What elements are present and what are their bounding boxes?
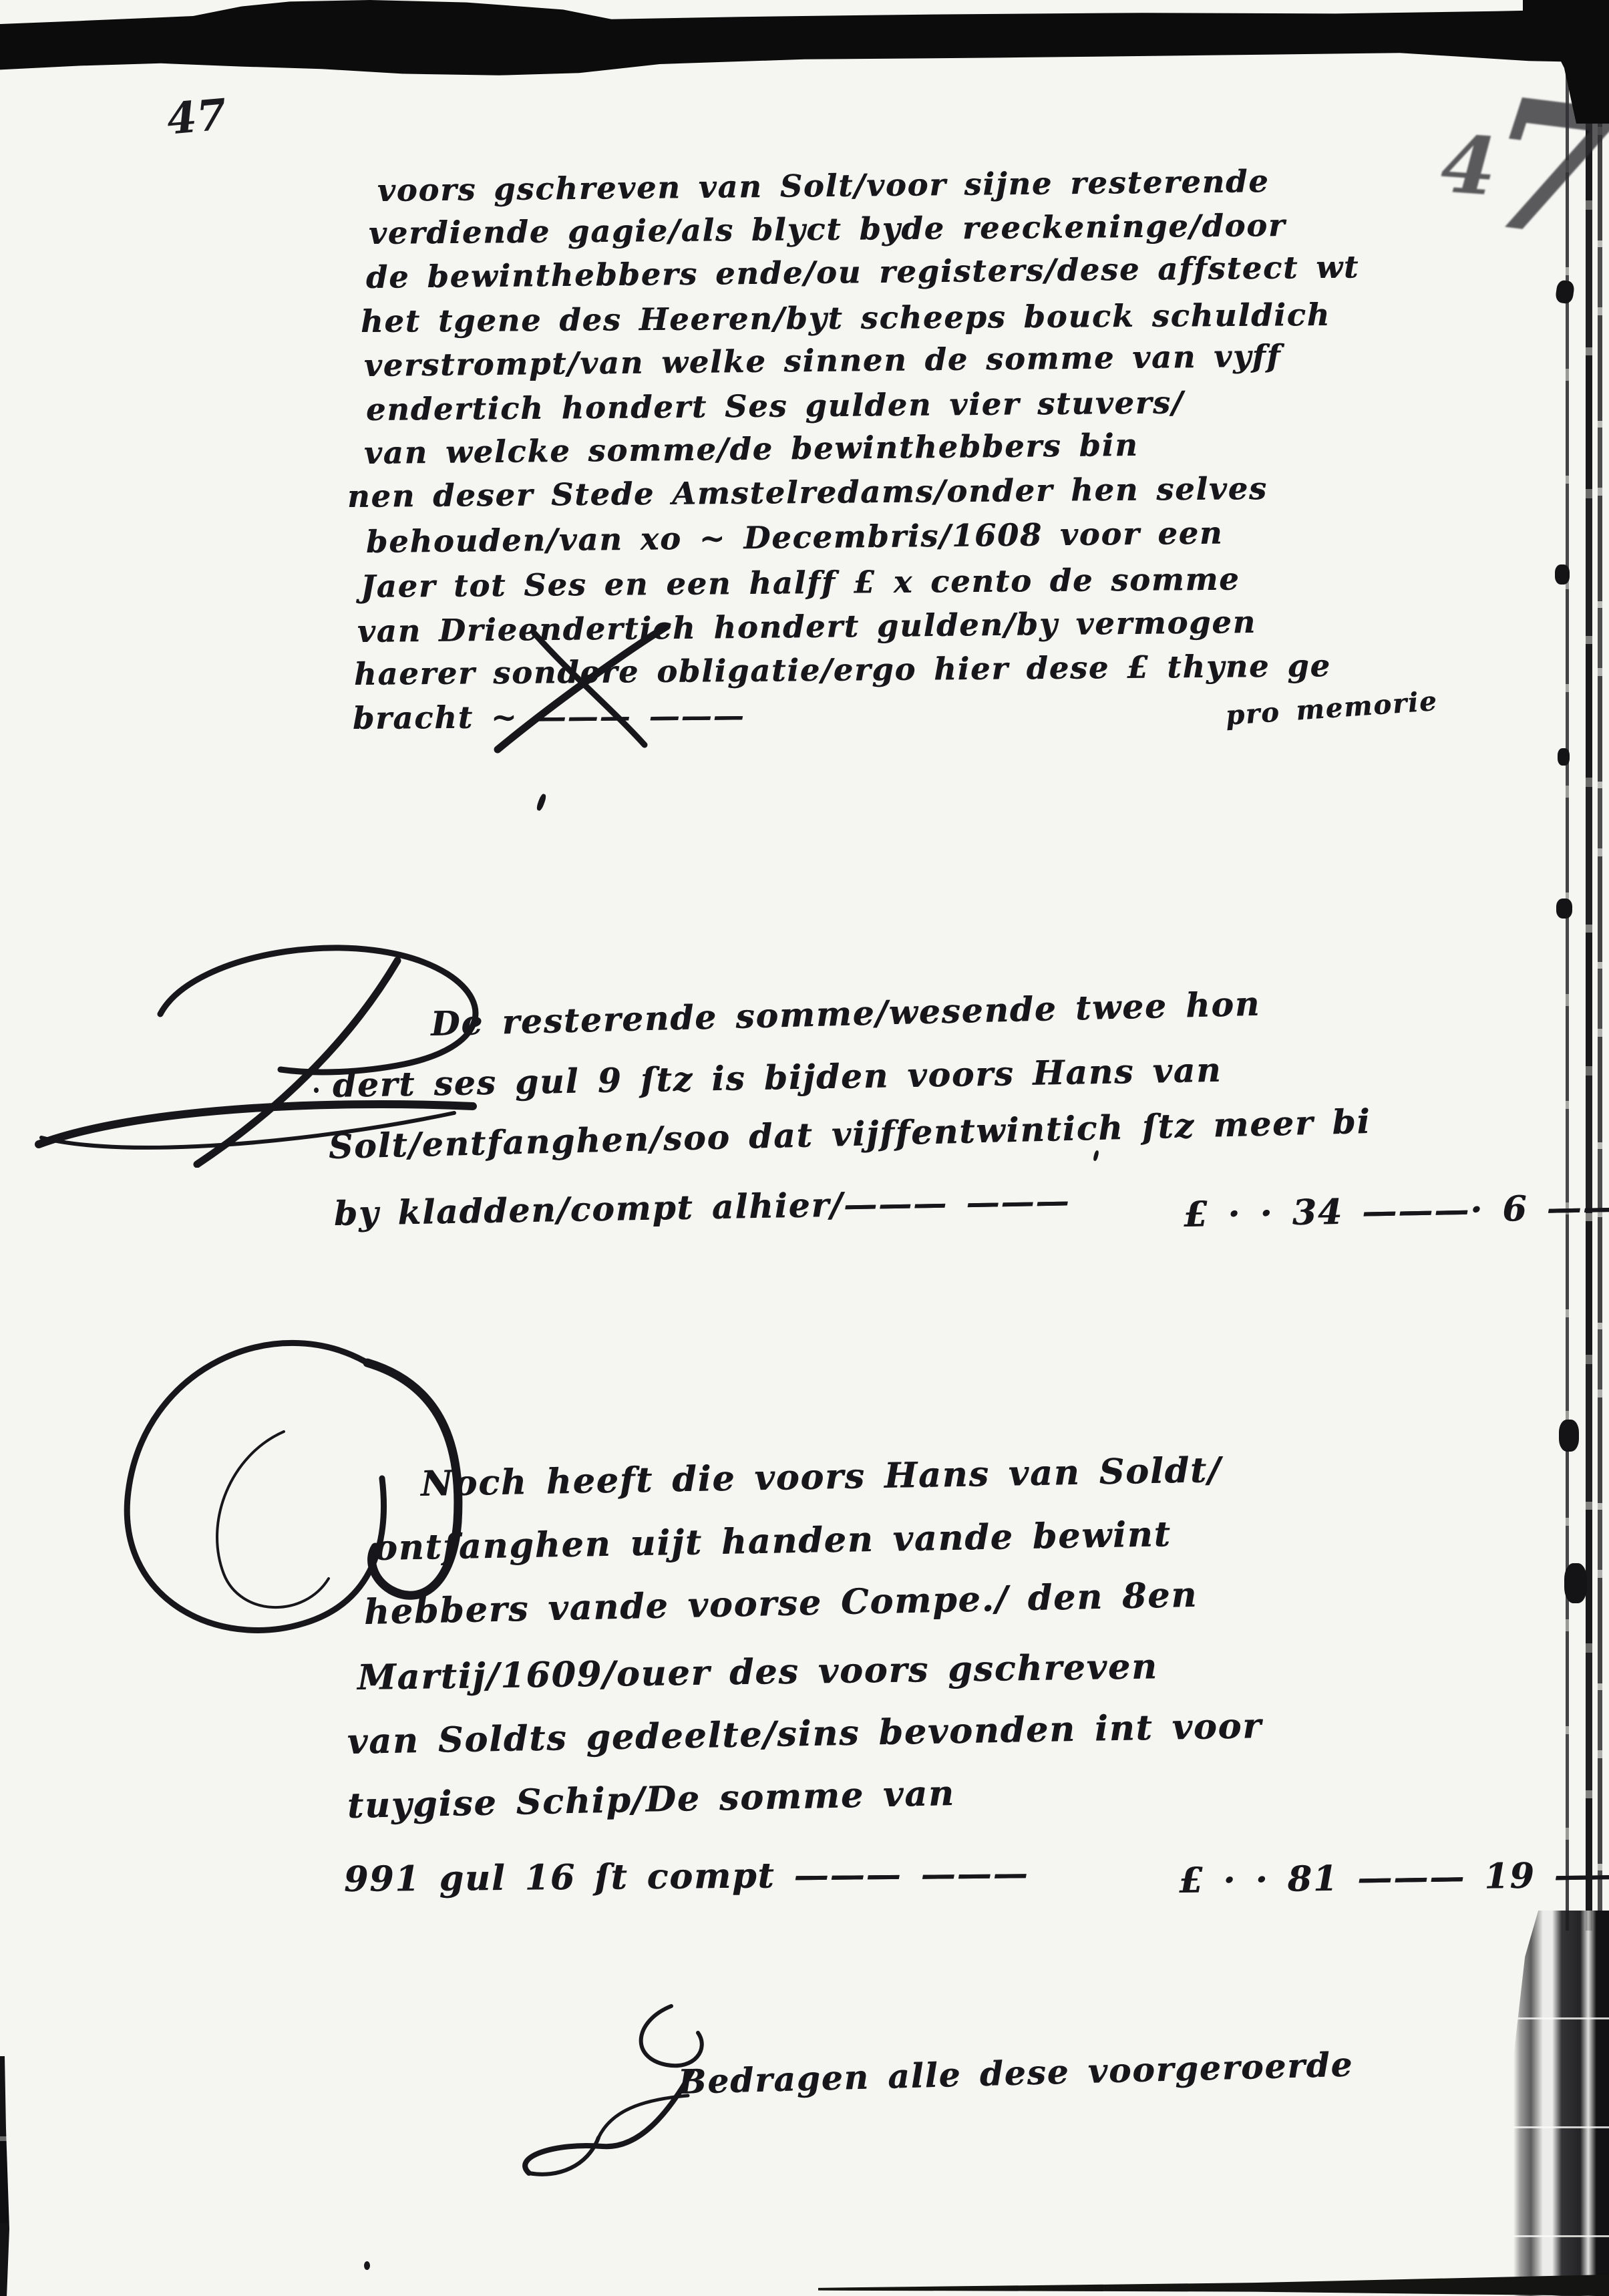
currency-symbol: £ [1179,1860,1205,1901]
manuscript-line: bracht ~ ——— ——— [353,700,745,733]
manuscript-line: haerer sondere obligatie/ergo hier dese … [354,650,1331,689]
binding-ink-blob [1564,1563,1587,1603]
manuscript-line: by kladden/compt alhier/——— ——— [334,1184,1071,1231]
manuscript-line: van Drieendertich hondert gulden/by verm… [357,607,1256,647]
binding-edge-line [1586,67,1592,1931]
ink-speck [314,1088,319,1093]
manuscript-line: verstrompt/van welke sinnen de somme van… [364,341,1282,381]
currency-symbol: £ [1183,1194,1209,1235]
binding-ink-blob [1559,1420,1579,1452]
manuscript-line: nen deser Stede Amstelredams/onder hen s… [347,473,1268,512]
binding-edge [1560,67,1609,1931]
marginal-note: pro memorie [1225,688,1439,729]
amount-first: £ · · 34 ———· 6 ——· 8 [1184,1189,1609,1233]
manuscript-line: voors gschreven van Solt/voor sijne rest… [377,166,1270,206]
manuscript-line: 991 gul 16 ſt compt ——— ——— [344,1856,1029,1897]
manuscript-line: De resterende somme/wesende twee hon [430,987,1260,1041]
manuscript-line: behouden/van xo ~ Decembris/1608 voor ee… [366,518,1224,557]
manuscript-line: de bewinthebbers ende/ou registers/dese … [366,251,1360,293]
amount-figures: · · 34 ———· 6 ——· 8 [1228,1186,1609,1235]
binding-edge-line [1566,67,1569,1931]
amount-figures: · · 81 ——— 19 ——' 9 [1223,1853,1609,1901]
ink-speck [364,2261,370,2270]
manuscript-line: verdiende gagie/als blyct byde reeckenin… [369,210,1286,249]
binding-ink-blob [1558,748,1570,766]
manuscript-page: 47 4 7 voors gschreven van Solt/voor sij… [0,0,1609,2296]
manuscript-line: het tgene des Heeren/byt scheeps bouck s… [361,299,1330,337]
manuscript-line: Bedragen alle dese voorgeroerde [677,2048,1354,2099]
binding-ink-blob [1555,279,1575,304]
scan-bottom-border [818,2275,1609,2296]
binding-ink-blob [1555,564,1570,585]
scan-left-edge-strip [0,2056,9,2296]
scan-top-border [0,0,1609,80]
binding-edge-line [1598,67,1602,1931]
binding-edge-bottom [1513,1911,1609,2296]
manuscript-line: Martij/1609/ouer des voors gschreven [357,1649,1159,1695]
page-number: 47 [165,90,228,144]
ink-speck [1093,1150,1099,1161]
manuscript-line: endertich hondert Ses gulden vier stuver… [366,387,1184,425]
amount-second: £ · · 81 ——— 19 ——' 9 [1179,1856,1609,1899]
ink-speck [536,793,547,812]
binding-ink-blob [1556,898,1572,919]
manuscript-line: van welcke somme/de bewinthebbers bin [364,430,1139,468]
manuscript-line: tuygise Schip/De somme van [347,1776,955,1824]
manuscript-line: Noch heeft die voors Hans van Soldt/ [421,1453,1222,1502]
manuscript-line: Jaer tot Ses en een halff £ x cento de s… [361,564,1240,602]
manuscript-line: van Soldts gedeelte/sins bevonden int vo… [347,1709,1262,1760]
